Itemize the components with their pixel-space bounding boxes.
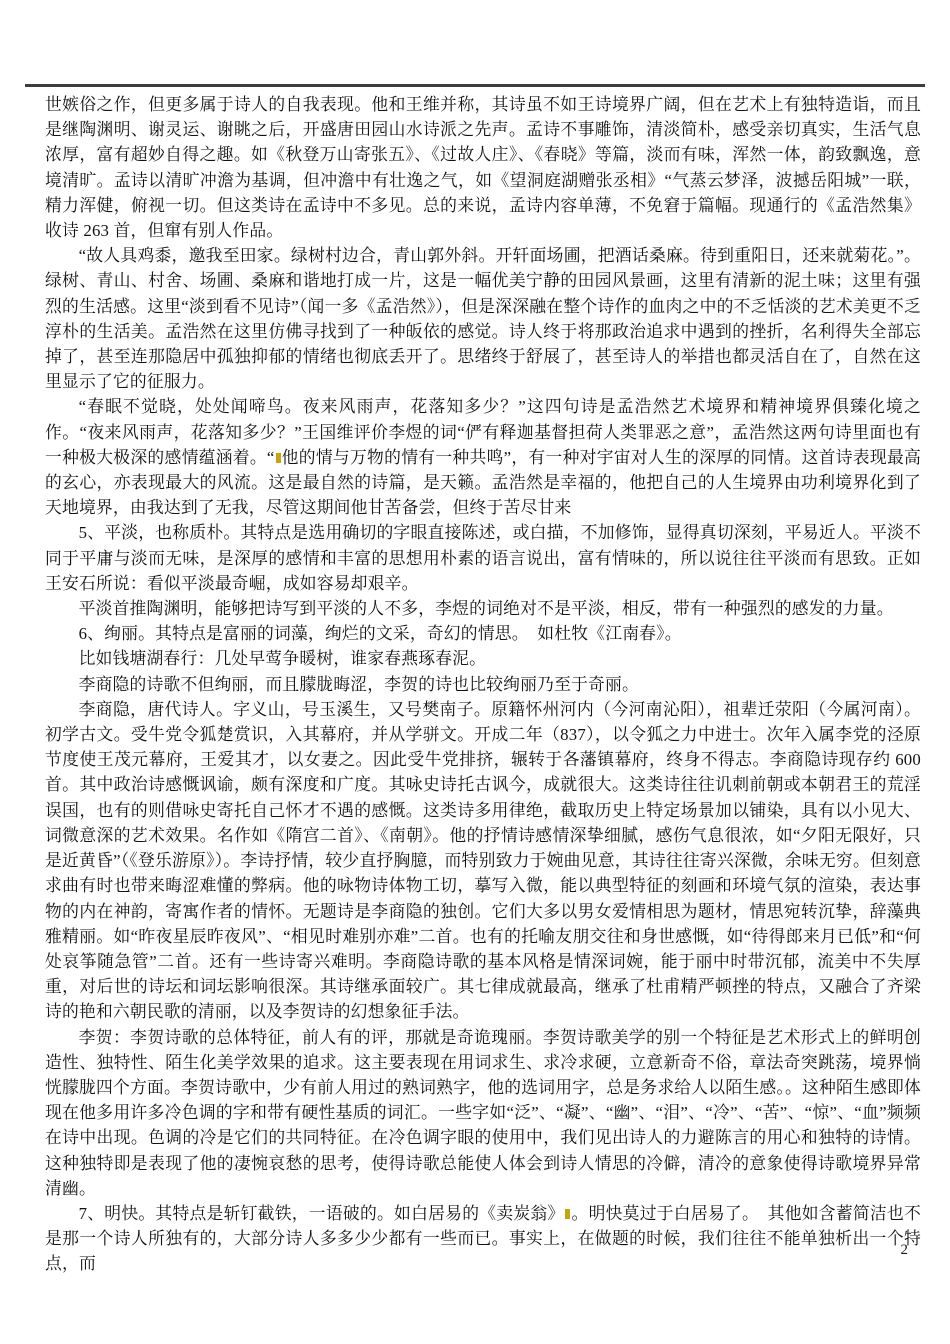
paragraph: 平淡首推陶渊明，能够把诗写到平淡的人不多，李煜的词绝对不是平淡，相反，带有一种强… [45, 596, 921, 621]
paragraph-text: 李商隐，唐代诗人。字义山，号玉溪生，又号樊南子。原籍怀州河内（今河南沁阳），祖辈… [45, 700, 921, 1021]
paragraph-text: 李贺：李贺诗歌的总体特征，前人有的评，那就是奇诡瑰丽。李贺诗歌美学的别一个特征是… [45, 1028, 921, 1198]
paragraph-text: 6、绚丽。其特点是富丽的词藻，绚烂的文采，奇幻的情思。 如杜牧《江南春》。 [79, 624, 682, 643]
paragraph: 李商隐，唐代诗人。字义山，号玉溪生，又号樊南子。原籍怀州河内（今河南沁阳），祖辈… [45, 697, 921, 1025]
paragraph: “春眠不觉晓，处处闻啼鸟。夜来风雨声，花落知多少？”这四句诗是孟浩然艺术境界和精… [45, 394, 921, 520]
paragraph-text: 5、平淡，也称质朴。其特点是选用确切的字眼直接陈述，或白描，不加修饰，显得真切深… [45, 523, 921, 592]
paragraph-text: “故人具鸡黍，邀我至田家。绿树村边合，青山郭外斜。开轩面场圃，把酒话桑麻。待到重… [45, 246, 921, 391]
document-body: 世嫉俗之作，但更多属于诗人的自我表现。他和王维并称，其诗虽不如王诗境界广阔，但在… [45, 92, 921, 1277]
paragraph-text: 比如钱塘湖春行：几处早莺争暖树，谁家春燕琢春泥。 [79, 649, 487, 668]
paragraph: 李商隐的诗歌不但绚丽，而且朦胧晦涩，李贺的诗也比较绚丽乃至于奇丽。 [45, 672, 921, 697]
paragraph: 7、明快。其特点是斩钉截铁，一语破的。如白居易的《卖炭翁》。明快莫过于白居易了。… [45, 1201, 921, 1277]
paragraph-text: 平淡首推陶渊明，能够把诗写到平淡的人不多，李煜的词绝对不是平淡，相反，带有一种强… [79, 599, 894, 618]
paragraph-text: 7、明快。其特点是斩钉截铁，一语破的。如白居易的《卖炭翁》 [79, 1204, 565, 1223]
annotation-mark-icon [276, 453, 281, 463]
document-page: 世嫉俗之作，但更多属于诗人的自我表现。他和王维并称，其诗虽不如王诗境界广阔，但在… [0, 0, 950, 1344]
paragraph: 6、绚丽。其特点是富丽的词藻，绚烂的文采，奇幻的情思。 如杜牧《江南春》。 [45, 621, 921, 646]
header-rule [25, 84, 925, 87]
paragraph: 5、平淡，也称质朴。其特点是选用确切的字眼直接陈述，或白描，不加修饰，显得真切深… [45, 520, 921, 596]
paragraph: 世嫉俗之作，但更多属于诗人的自我表现。他和王维并称，其诗虽不如王诗境界广阔，但在… [45, 92, 921, 243]
paragraph: “故人具鸡黍，邀我至田家。绿树村边合，青山郭外斜。开轩面场圃，把酒话桑麻。待到重… [45, 243, 921, 394]
paragraph: 李贺：李贺诗歌的总体特征，前人有的评，那就是奇诡瑰丽。李贺诗歌美学的别一个特征是… [45, 1025, 921, 1201]
paragraph: 比如钱塘湖春行：几处早莺争暖树，谁家春燕琢春泥。 [45, 646, 921, 671]
paragraph-text: 李商隐的诗歌不但绚丽，而且朦胧晦涩，李贺的诗也比较绚丽乃至于奇丽。 [79, 675, 639, 694]
paragraph-text: 世嫉俗之作，但更多属于诗人的自我表现。他和王维并称，其诗虽不如王诗境界广阔，但在… [45, 95, 921, 240]
annotation-mark-icon [565, 1209, 570, 1219]
page-number: 2 [901, 1242, 909, 1259]
